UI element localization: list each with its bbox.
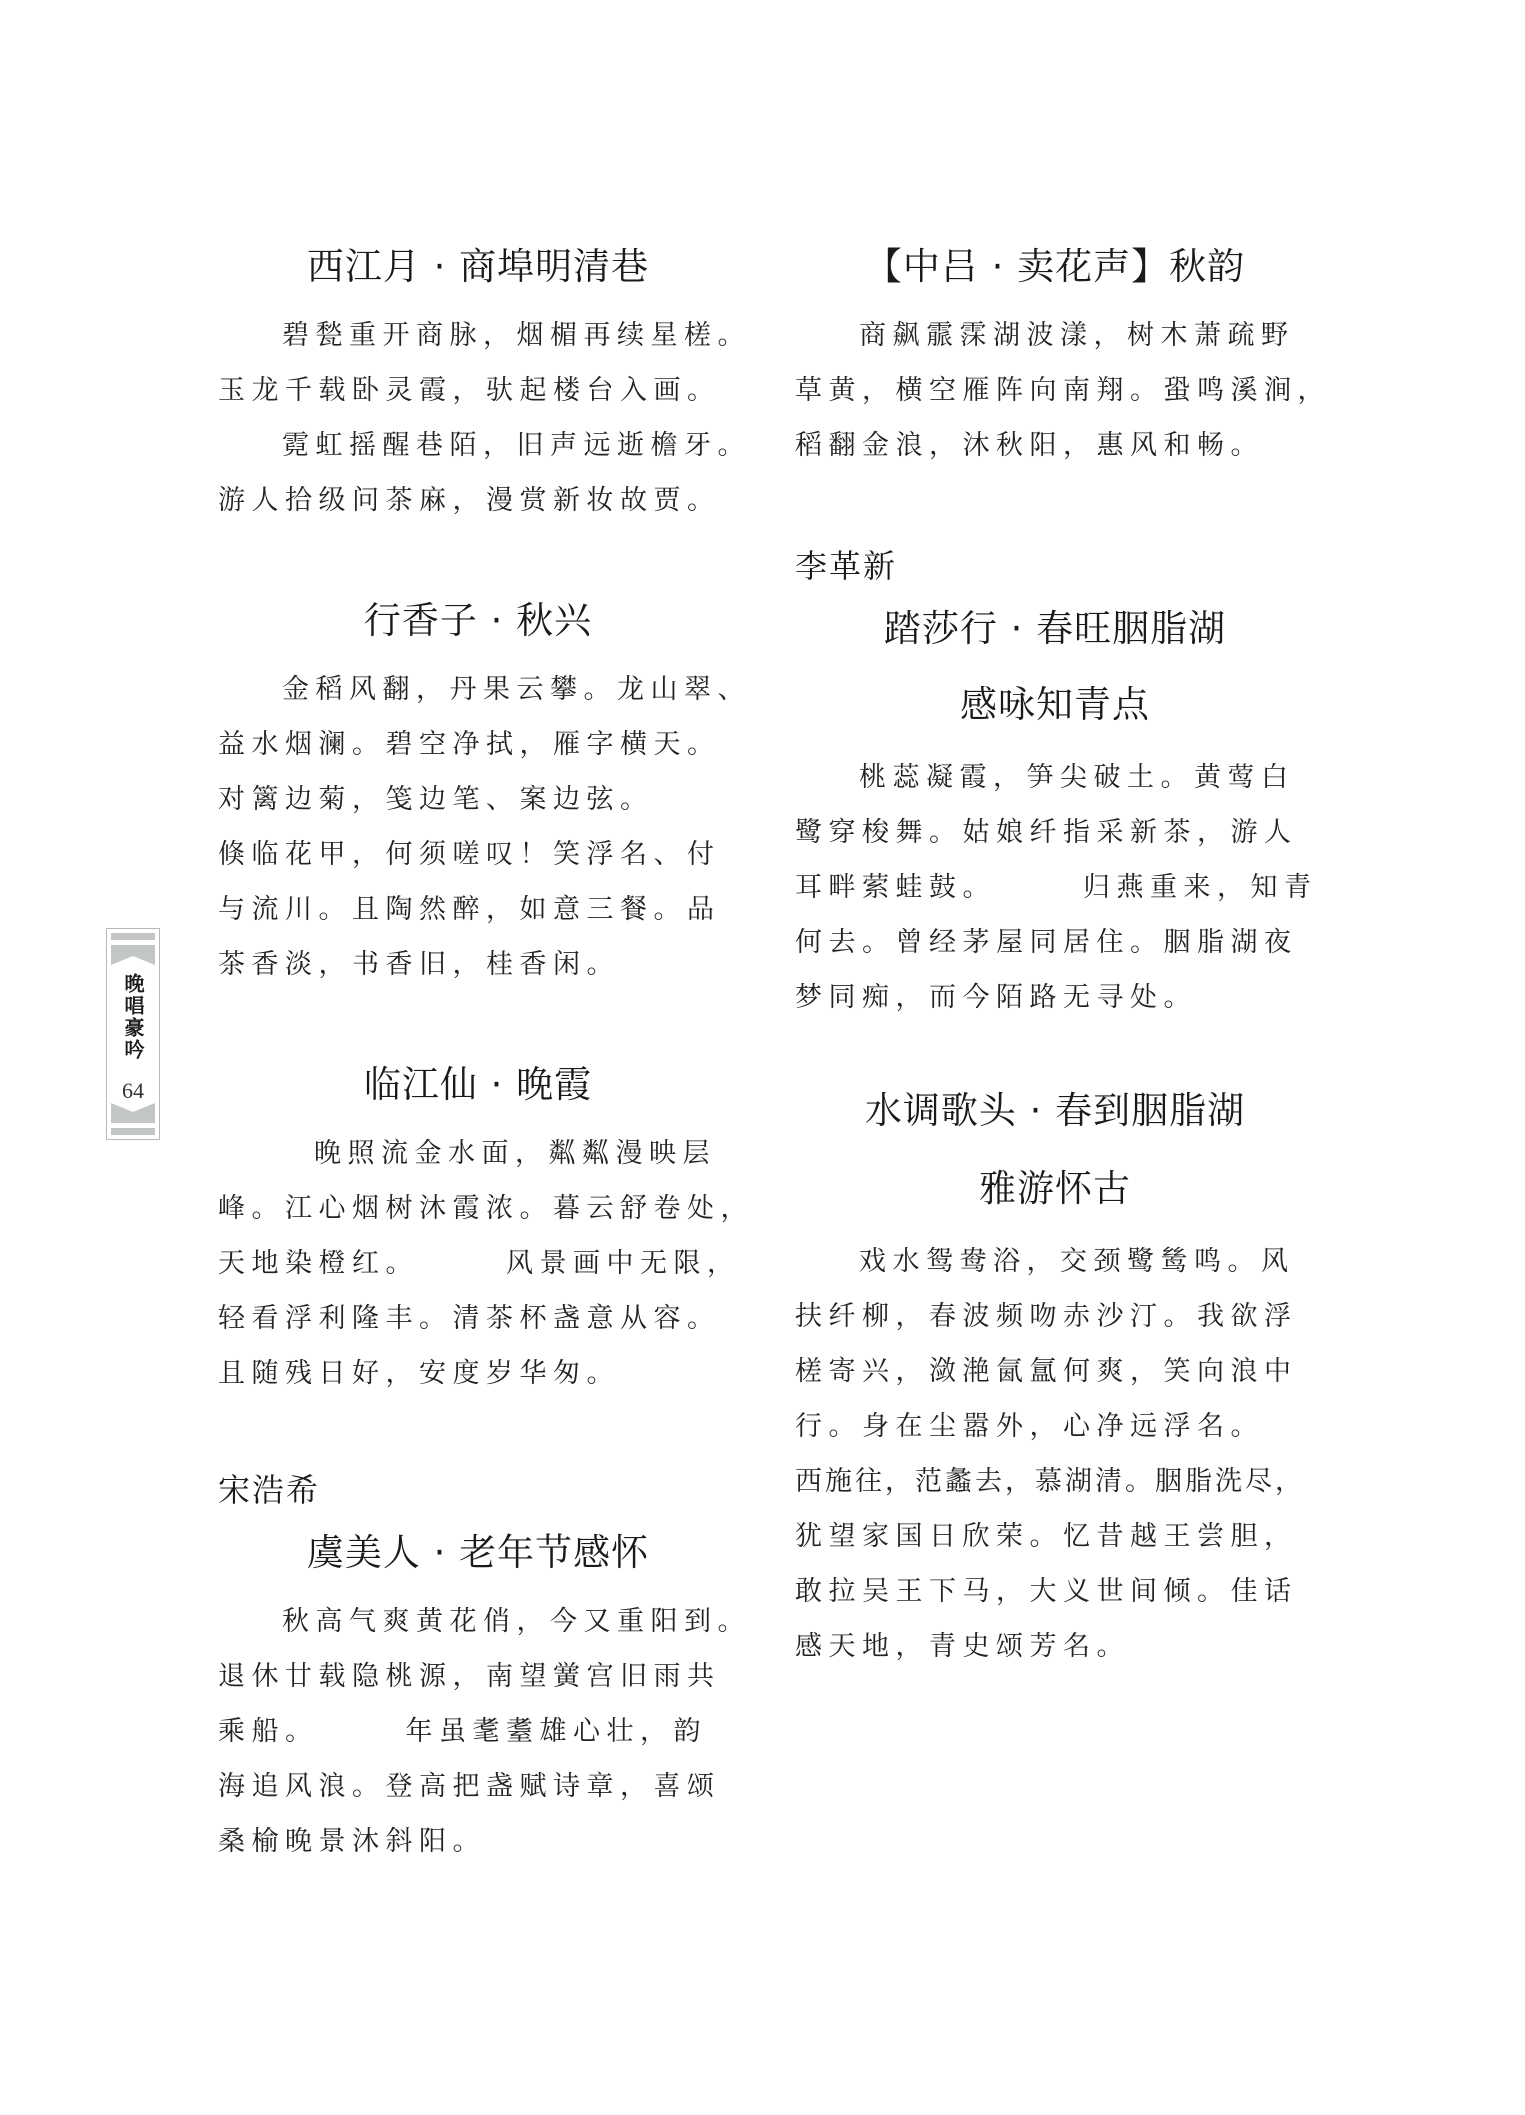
poem-line: 敢拉吴王下马，大义世间倾。佳话: [795, 1574, 1298, 1610]
poem-line: 商飙霢霂湖波漾，树木萧疏野: [859, 318, 1295, 354]
side-tab: 晚唱豪吟 64: [106, 928, 160, 1140]
author-name: 宋浩希: [218, 1470, 320, 1510]
author-name: 李革新: [795, 546, 897, 586]
poem-title: 踏莎行 · 春旺胭脂湖: [795, 606, 1315, 652]
poem-line: 峰。江心烟树沐霞浓。暮云舒卷处，: [218, 1191, 754, 1227]
poem-line: 戏水鸳鸯浴，交颈鹭鸶鸣。风: [859, 1244, 1295, 1280]
page-number: 64: [107, 1079, 159, 1103]
poem-line: 益水烟澜。碧空净拭，雁字横天。: [218, 727, 721, 763]
poem-line: 乘船。 年虽耄耋雄心壮，韵: [218, 1714, 707, 1750]
poem-line: 何去。曾经茅屋同居住。胭脂湖夜: [795, 925, 1298, 961]
poem-line: 轻看浮利隆丰。清茶杯盏意从容。: [218, 1301, 721, 1337]
poem-title: 水调歌头 · 春到胭脂湖: [795, 1088, 1315, 1134]
poem-line: 扶纤柳，春波频吻赤沙汀。我欲浮: [795, 1299, 1298, 1335]
poem-title-line2: 雅游怀古: [795, 1166, 1315, 1212]
poem-line: 桃蕊凝霞，笋尖破土。黄莺白: [859, 760, 1295, 796]
poem-line: 西施往，范蠡去，慕湖清。胭脂洗尽，: [795, 1464, 1305, 1500]
poem-line: 茶香淡，书香旧，桂香闲。: [218, 947, 620, 983]
poem-line: 鹭穿梭舞。姑娘纤指采新茶，游人: [795, 815, 1298, 851]
poem-line: 感天地，青史颂芳名。: [795, 1629, 1130, 1665]
poem-line: 退休廿载隐桃源，南望黉宫旧雨共: [218, 1659, 721, 1695]
poem-line: 梦同痴，而今陌路无寻处。: [795, 980, 1197, 1016]
poem-line: 犹望家国日欣荣。忆昔越王尝胆，: [795, 1519, 1298, 1555]
poem-line: 海追风浪。登高把盏赋诗章，喜颂: [218, 1769, 721, 1805]
poem-line: 碧甃重开商脉，烟楣再续星槎。: [282, 318, 751, 354]
book-title: 晚唱豪吟: [121, 973, 145, 1061]
poem-line: 耳畔萦蛙鼓。 归燕重来，知青: [795, 870, 1318, 906]
poem-line: 稻翻金浪，沐秋阳，惠风和畅。: [795, 428, 1264, 464]
poem-title: 行香子 · 秋兴: [218, 598, 738, 644]
poem-line: 行。身在尘嚣外，心净远浮名。: [795, 1409, 1264, 1445]
poem-line: 天地染橙红。 风景画中无限，: [218, 1246, 741, 1282]
poem-line: 晚照流金水面，粼粼漫映层: [314, 1136, 716, 1172]
poem-line: 玉龙千载卧灵霞，驮起楼台入画。: [218, 373, 721, 409]
tab-bottom-bar: [111, 1128, 155, 1135]
tab-top-bar: [111, 933, 155, 940]
poem-line: 倏临花甲，何须嗟叹！笑浮名、付: [218, 837, 721, 873]
poem-line: 游人拾级问茶麻，漫赏新妆故贾。: [218, 483, 721, 519]
poem-title: 虞美人 · 老年节感怀: [218, 1530, 738, 1576]
poem-line: 霓虹摇醒巷陌，旧声远逝檐牙。: [282, 428, 751, 464]
poem-line: 对篱边菊，笺边笔、案边弦。: [218, 782, 654, 818]
poem-line: 草黄，横空雁阵向南翔。蛩鸣溪涧，: [795, 373, 1331, 409]
poem-line: 金稻风翻，丹果云攀。龙山翠、: [282, 672, 751, 708]
poem-title: 临江仙 · 晚霞: [218, 1062, 738, 1108]
tab-bottom-chevron: [111, 1103, 155, 1123]
tab-top-chevron: [111, 945, 155, 965]
poem-title: 【中吕 · 卖花声】秋韵: [795, 244, 1315, 290]
poem-line: 且随残日好，安度岁华匆。: [218, 1356, 620, 1392]
poem-line: 与流川。且陶然醉，如意三餐。品: [218, 892, 721, 928]
poem-title-line2: 感咏知青点: [795, 682, 1315, 728]
poem-line: 秋高气爽黄花俏，今又重阳到。: [282, 1604, 751, 1640]
poem-line: 槎寄兴，潋滟氤氲何爽，笑向浪中: [795, 1354, 1298, 1390]
poem-line: 桑榆晚景沐斜阳。: [218, 1824, 486, 1860]
poem-title: 西江月 · 商埠明清巷: [218, 244, 738, 290]
